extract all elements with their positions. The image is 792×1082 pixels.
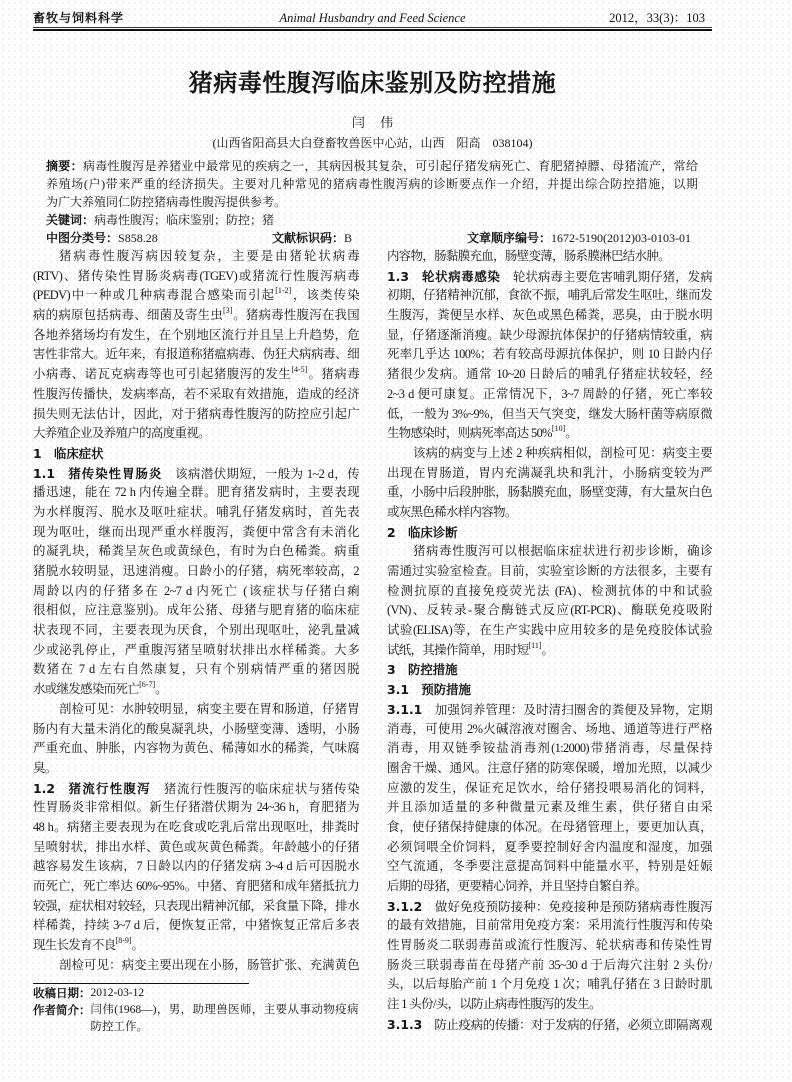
right-column: 内容物，肠黏膜充血，肠壁变薄，肠系膜淋巴结水肿。1.3 轮状病毒感染 轮状病毒主… [387, 247, 712, 1035]
section-heading: 3 防控措施 [387, 660, 712, 680]
abstract-block: 摘要：病毒性腹泻是养猪业中最常见的疾病之一，其病因极其复杂，可引起仔猪发病死亡、… [46, 157, 698, 247]
abstract-line: 摘要：病毒性腹泻是养猪业中最常见的疾病之一，其病因极其复杂，可引起仔猪发病死亡、… [46, 157, 698, 175]
author-affiliation: (山西省阳高县大白登畜牧兽医中心站，山西 阳高 038104) [33, 136, 712, 151]
text-line: 消毒，可使用 2%火碱溶液对圈舍、场地、通道等进行严格 [387, 720, 712, 740]
text-line: 现生长发育不良[8-9]。 [33, 936, 359, 956]
inline-heading: 3.1.1 [387, 702, 422, 717]
text-line: 猪很少发病。通常 10~20 日龄后的哺乳仔猪症状较轻，经 [387, 365, 712, 385]
inline-heading: 1.2 猪流行性腹泻 [33, 781, 151, 796]
text-line: 性胃肠炎非常相似。新生仔猪潜伏期为 24~36 h，育肥猪为 [33, 798, 359, 818]
inline-heading: 1.1 猪传染性胃肠炎 [33, 466, 162, 481]
text-line: 为水样腹泻、脱水及呕吐症状。哺乳仔猪发病时，首先表 [33, 503, 359, 523]
inline-heading: 1.3 轮状病毒感染 [387, 269, 501, 284]
document-code-value: B [344, 231, 352, 245]
text-line: 现为呕吐，继而出现严重水样腹泻，粪便中常含有未消化 [33, 523, 359, 543]
text-line: 很相似，应注意鉴别)。成年公猪、母猪与肥育猪的临床症 [33, 601, 359, 621]
received-date-label: 收稿日期： [33, 985, 91, 1002]
text-line: 状表现不同，主要表现为厌食，个别出现呕吐，泌乳量减 [33, 621, 359, 641]
text-line: 的最有效措施，目前常用免疫方案：采用流行性腹泻和传染 [387, 916, 712, 936]
text-line: 初期，仔猪精神沉郁，食欲不振，哺乳后常发生呕吐，继而发 [387, 286, 712, 306]
inline-heading: 3.1.2 [387, 899, 422, 914]
text-line: 显，仔猪逐渐消瘦。缺少母源抗体保护的仔猪病情较重，病 [387, 326, 712, 346]
text-line: 生物感染时，则病死率高达 50%[10]。 [387, 424, 712, 444]
section-heading: 2 临床诊断 [387, 523, 712, 543]
text-line: 试纸，其操作简单，用时短[11]。 [387, 641, 712, 661]
article-number: 文章顺序编号：1672-5190(2012)03-0103-01 [467, 229, 691, 247]
text-line: 应激的发生，保证充足饮水，给仔猪投喂易消化的饲料， [387, 779, 712, 799]
text-line: 严重充血、肿胀，内容物为黄色、稀薄如水的稀粪，气味腐 [33, 739, 359, 759]
issue-citation: 2012，33(3)：103 [609, 10, 705, 26]
inline-heading: 1 临床症状 [33, 446, 104, 461]
text-line: 数猪在 7 d 左右自然康复，只有个别病情严重的猪因脱 [33, 660, 359, 680]
author-bio-line: 防控工作。 [91, 1019, 359, 1036]
text-line: 样稀粪，持续 3~7 d 后，便恢复正常，中猪恢复正常后多表 [33, 916, 359, 936]
citation-superscript: [1-2] [275, 286, 291, 295]
text-line: 病的病原包括病毒、细菌及寄生虫[3]。猪病毒性腹泻在我国 [33, 306, 359, 326]
text-line: 2~3 d 便可康复。正常情况下，3~7 周龄的仔猪，死亡率较 [387, 385, 712, 405]
text-line: 或灰黑色稀水样内容物。 [387, 503, 712, 523]
text-line: 损失则无法估计，因此，对于猪病毒性腹泻的防控应引起广 [33, 405, 359, 425]
running-header: 畜牧与饲料科学 Animal Husbandry and Feed Scienc… [33, 10, 712, 26]
text-line: 害性非常大。近年来，有报道称猪瘟病毒、伪狂犬病病毒、细 [33, 345, 359, 365]
text-line: 圈舍干燥、通风。注意仔猪的防寒保暖，增加光照，以减少 [387, 759, 712, 779]
article-number-label: 文章顺序编号： [467, 231, 551, 245]
text-line: 性腹泻传播快，发病率高，若不采取有效措施，造成的经济 [33, 385, 359, 405]
text-line: 重，小肠中后段肿胀，肠黏膜充血，肠壁变薄，有大量灰白色 [387, 483, 712, 503]
left-column: 猪病毒性腹泻病因较复杂，主要是由猪轮状病毒(RTV)、猪传染性胃肠炎病毒(TGE… [33, 247, 359, 975]
text-line: 1.2 猪流行性腹泻 猪流行性腹泻的临床症状与猪传染 [33, 779, 359, 799]
abstract-line: 养殖场(户)带来严重的经济损失。主要对几种常见的猪病毒性腹泻病的诊断要点作一介绍… [46, 175, 698, 193]
header-rule [33, 27, 712, 31]
text-line: 1.1 猪传染性胃肠炎 该病潜伏期短，一般为 1~2 d，传 [33, 464, 359, 484]
text-line: 较强，症状相对较轻，只表现出精神沉郁，采食量下降，排水 [33, 897, 359, 917]
text-line: 必须饲喂全价饲料，夏季要控制好舍内温度和湿度，加强 [387, 838, 712, 858]
text-line: 肠炎三联弱毒苗在母猪产前 35~30 d 于后海穴注射 2 头份/ [387, 956, 712, 976]
received-date: 收稿日期：2012-03-12 [33, 985, 363, 1002]
footnote-rule [33, 983, 249, 984]
document-code-label: 文献标识码： [272, 231, 344, 245]
text-line: 越容易发生该病，7 日龄以内的仔猪发病 3~4 d 后可因脱水 [33, 857, 359, 877]
footnote: 收稿日期：2012-03-12 作者简介： 闫伟(1968—)，男，助理兽医师，… [33, 985, 363, 1036]
citation-superscript: [11] [529, 641, 542, 650]
citation-superscript: [6-7] [139, 680, 155, 689]
author-bio-label: 作者简介： [33, 1002, 91, 1036]
text-line: 消毒，用双链季铵盐消毒剂(1:2000)带猪消毒，尽量保持 [387, 739, 712, 759]
text-line: 猪病毒性腹泻病因较复杂，主要是由猪轮状病毒 [33, 247, 359, 267]
text-line: 该病的病变与上述 2 种疾病相似，剖检可见：病变主要 [387, 444, 712, 464]
text-line: 3.1.2 做好免疫预防接种：免疫接种是预防猪病毒性腹泻 [387, 897, 712, 917]
text-line: 3.1.1 加强饲养管理：及时清扫圈舍的粪便及异物，定期 [387, 700, 712, 720]
classification-row: 中图分类号：S858.28 文献标识码：B 文章顺序编号：1672-5190(2… [46, 229, 698, 247]
text-line: 性胃肠炎二联弱毒苗或流行性腹泻、轮状病毒和传染性胃 [387, 936, 712, 956]
inline-heading: 3.1.3 [387, 1017, 422, 1032]
clc-number: 中图分类号：S858.28 [46, 229, 158, 247]
abstract-label: 摘要： [46, 159, 83, 173]
text-line: 少或泌乳停止，严重腹泻猪呈喷射状排出水样稀粪。大多 [33, 641, 359, 661]
citation-superscript: [10] [552, 424, 565, 433]
text-line: 并且添加适量的多种微量元素及维生素，供仔猪自由采 [387, 798, 712, 818]
author-bio-text: 闫伟(1968—)，男，助理兽医师，主要从事动物疫病 防控工作。 [91, 1002, 359, 1036]
received-date-value: 2012-03-12 [91, 985, 145, 1002]
text-line: 大养殖企业及养殖户的高度重视。 [33, 424, 359, 444]
text-line: 各地养猪场均有发生，在个别地区流行并且呈上升趋势，危 [33, 326, 359, 346]
text-line: 小病毒、诺瓦克病毒等也可引起猪腹泻的发生[4-5]。猪病毒 [33, 365, 359, 385]
text-line: (VN)、反转录-聚合酶链式反应(RT-PCR)、酶联免疫吸附 [387, 601, 712, 621]
text-line: 食，使仔猪保持健康的体况。在母猪管理上，要更加认真， [387, 818, 712, 838]
article-title: 猪病毒性腹泻临床鉴别及防控措施 [33, 68, 712, 98]
text-line: 而死亡，死亡率达 60%~95%。中猪、育肥猪和成年猪抵抗力 [33, 877, 359, 897]
text-line: 1.3 轮状病毒感染 轮状病毒主要危害哺乳期仔猪，发病 [387, 267, 712, 287]
inline-heading: 2 临床诊断 [387, 525, 458, 540]
section-heading: 3.1 预防措施 [387, 680, 712, 700]
text-line: 周龄以内的仔猪多在 2~7 d 内死亡 (该症状与仔猪白痢 [33, 582, 359, 602]
text-line: 空气流通，冬季要注意提高饲料中能量水平，特别是妊娠 [387, 857, 712, 877]
inline-heading: 3 防控措施 [387, 662, 458, 677]
text-line: 死率几乎达 100%；若有较高母源抗体保护，则 10 日龄内仔 [387, 345, 712, 365]
text-line: 48 h。病猪主要表现为在吃食或吃乳后常出现呕吐，排粪时 [33, 818, 359, 838]
text-line: (RTV)、猪传染性胃肠炎病毒(TGEV)或猪流行性腹泻病毒 [33, 267, 359, 287]
text-line: 肠内有大量未消化的酸臭凝乳块，小肠壁变薄、透明，小肠 [33, 720, 359, 740]
text-line: 剖检可见：水肿较明显，病变主要在胃和肠道，仔猪胃 [33, 700, 359, 720]
keywords-text: 病毒性腹泻；临床鉴别；防控；猪 [94, 213, 274, 227]
keywords-label: 关键词： [46, 213, 94, 227]
clc-value: S858.28 [118, 231, 158, 245]
author-name: 闫 伟 [33, 115, 712, 131]
text-line: 出现在胃肠道，胃内充满凝乳块和乳汁，小肠病变较为严 [387, 464, 712, 484]
citation-superscript: [3] [223, 306, 232, 315]
text-line: 生腹泻，粪便呈水样、灰色或黑色稀粪，恶臭，由于脱水明 [387, 306, 712, 326]
text-line: 需通过实验室检查。目前，实验室诊断的方法很多，主要有 [387, 562, 712, 582]
section-heading: 1 临床症状 [33, 444, 359, 464]
text-line: 3.1.3 防止疫病的传播：对于发病的仔猪，必须立即隔离观 [387, 1015, 712, 1035]
text-line: 臭。 [33, 759, 359, 779]
citation-superscript: [8-9] [116, 936, 132, 945]
text-line: 试验(ELISA)等，在生产实践中应用较多的是免疫胶体试验 [387, 621, 712, 641]
citation-superscript: [4-5] [291, 365, 307, 374]
text-line: 头，以后每胎产前 1 个月免疫 1 次；哺乳仔猪在 3 日龄时肌 [387, 975, 712, 995]
document-code: 文献标识码：B [272, 229, 352, 247]
text-line: 猪病毒性腹泻可以根据临床症状进行初步诊断，确诊 [387, 542, 712, 562]
clc-label: 中图分类号： [46, 231, 118, 245]
text-line: 猪脱水较明显，迅速消瘦。日龄小的仔猪，病死率较高，2 [33, 562, 359, 582]
text-line: 播迅速，能在 72 h 内传遍全群。肥育猪发病时，主要表现 [33, 483, 359, 503]
inline-heading: 3.1 预防措施 [387, 682, 471, 697]
text-line: 呈喷射状，排出水样、黄色或灰黄色稀粪。年龄越小的仔猪 [33, 838, 359, 858]
text-line: 注 1 头份/头，以防止病毒性腹泻的发生。 [387, 995, 712, 1015]
text-line: 内容物，肠黏膜充血，肠壁变薄，肠系膜淋巴结水肿。 [387, 247, 712, 267]
text-line: 低，一般为 3%~9%，但当天气突变，继发大肠杆菌等病原微 [387, 405, 712, 425]
author-bio-line: 闫伟(1968—)，男，助理兽医师，主要从事动物疫病 [91, 1002, 359, 1019]
text-line: 的凝乳块，稀粪呈灰色或黄绿色，有时为白色稀粪。病重 [33, 542, 359, 562]
keywords: 关键词：病毒性腹泻；临床鉴别；防控；猪 [46, 211, 698, 229]
text-line: 水或继发感染而死亡[6-7]。 [33, 680, 359, 700]
abstract-text: 病毒性腹泻是养猪业中最常见的疾病之一，其病因极其复杂，可引起仔猪发病死亡、育肥猪… [83, 159, 698, 173]
abstract-line: 为广大养殖同仁防控猪病毒性腹泻提供参考。 [46, 193, 698, 211]
text-line: 后期的母猪，更要精心饲养，并且坚持自繁自养。 [387, 877, 712, 897]
text-line: (PEDV)中一种或几种病毒混合感染而引起[1-2]，该类传染 [33, 286, 359, 306]
author-bio: 作者简介： 闫伟(1968—)，男，助理兽医师，主要从事动物疫病 防控工作。 [33, 1002, 363, 1036]
text-line: 检测抗原的直接免疫荧光法 (FA)、检测抗体的中和试验 [387, 582, 712, 602]
article-number-value: 1672-5190(2012)03-0103-01 [551, 231, 691, 245]
text-line: 剖检可见：病变主要出现在小肠，肠管扩张、充满黄色 [33, 956, 359, 976]
